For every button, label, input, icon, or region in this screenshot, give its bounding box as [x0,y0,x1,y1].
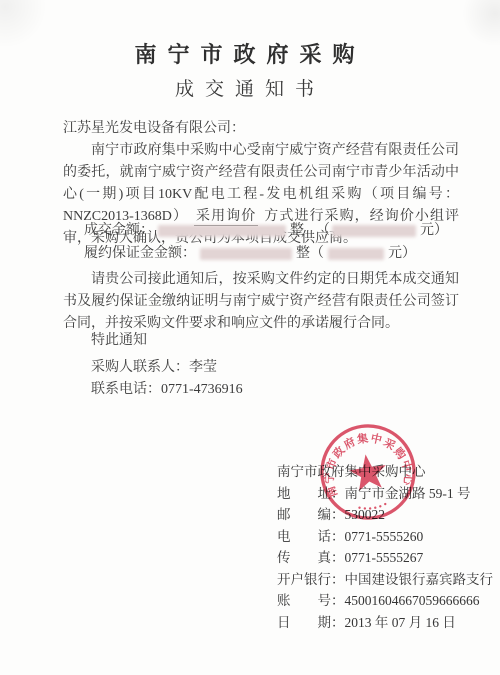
issuer-address-label: 地 址： [277,483,345,505]
issuer-postcode-label: 邮 编： [277,504,345,526]
issuer-account-label: 账 号： [277,590,345,612]
contact-phone-label: 联系电话： [91,382,161,397]
deposit-amount-suffix: 整（ [296,246,324,261]
award-amount-label: 成交金额： [84,223,154,238]
issuer-row-fax: 传 真：0771-5555267 [277,547,493,569]
issuer-block: 南宁市政府集中采购中心 地 址：南宁市金湖路 59-1 号 邮 编：530022… [277,461,493,633]
document-page: 南宁市政府采购 成交通知书 江苏星光发电设备有限公司： 南宁市政府集中采购中心受… [0,0,500,675]
redacted-award-amount [158,225,286,237]
issuer-date-value: 2013 年 07 月 16 日 [345,615,456,630]
document-subtitle: 成交通知书 [0,74,500,101]
issuer-row-bank: 开户银行：中国建设银行嘉宾路支行 [277,569,493,591]
redacted-deposit-amount-numeric [328,248,384,260]
award-amount-paren-open: （ [316,223,330,238]
deposit-amount-row: 履约保证金金额：整（元） [84,244,416,264]
issuer-account-value: 45001604667059666666 [345,593,480,608]
contact-phone-line: 联系电话：0771-4736916 [91,378,243,398]
issuer-phone-value: 0771-5555260 [345,529,424,544]
award-amount-paren-close: 元） [420,223,448,238]
contact-phone-value: 0771-4736916 [161,382,243,397]
redacted-award-amount-numeric [332,225,416,237]
issuer-fax-label: 传 真： [277,547,345,569]
issuer-address-value: 南宁市金湖路 59-1 号 [345,486,471,501]
issuer-row-account: 账 号：45001604667059666666 [277,590,493,612]
deposit-amount-paren-close: 元） [388,246,416,261]
issuer-row-postcode: 邮 编：530022 [277,504,493,526]
issuer-row-date: 日 期：2013 年 07 月 16 日 [277,612,493,634]
deposit-amount-label: 履约保证金金额： [84,246,196,261]
contact-person-label: 采购人联系人： [91,360,189,375]
issuer-row-address: 地 址：南宁市金湖路 59-1 号 [277,483,493,505]
contact-person-line: 采购人联系人：李莹 [91,356,217,376]
issuer-bank-label: 开户银行： [277,569,345,591]
recipient-line: 江苏星光发电设备有限公司： [63,117,245,137]
issuer-phone-label: 电 话： [277,526,345,548]
issuer-postcode-value: 530022 [345,507,386,522]
document-title: 南宁市政府采购 [0,38,500,69]
contact-person-value: 李莹 [189,360,217,375]
issuer-org-name: 南宁市政府集中采购中心 [277,461,493,483]
closing-line: 特此通知 [91,329,147,349]
issuer-date-label: 日 期： [277,612,345,634]
redacted-deposit-amount [200,248,292,260]
paragraph-instructions: 请贵公司接此通知后，按采购文件约定的日期凭本成交通知书及履约保证金缴纳证明与南宁… [63,269,459,335]
issuer-bank-value: 中国建设银行嘉宾路支行 [345,572,494,587]
award-amount-suffix: 整 [290,223,304,238]
issuer-fax-value: 0771-5555267 [345,550,424,565]
award-amount-row: 成交金额：整（元） [84,221,448,241]
issuer-row-phone: 电 话：0771-5555260 [277,526,493,548]
